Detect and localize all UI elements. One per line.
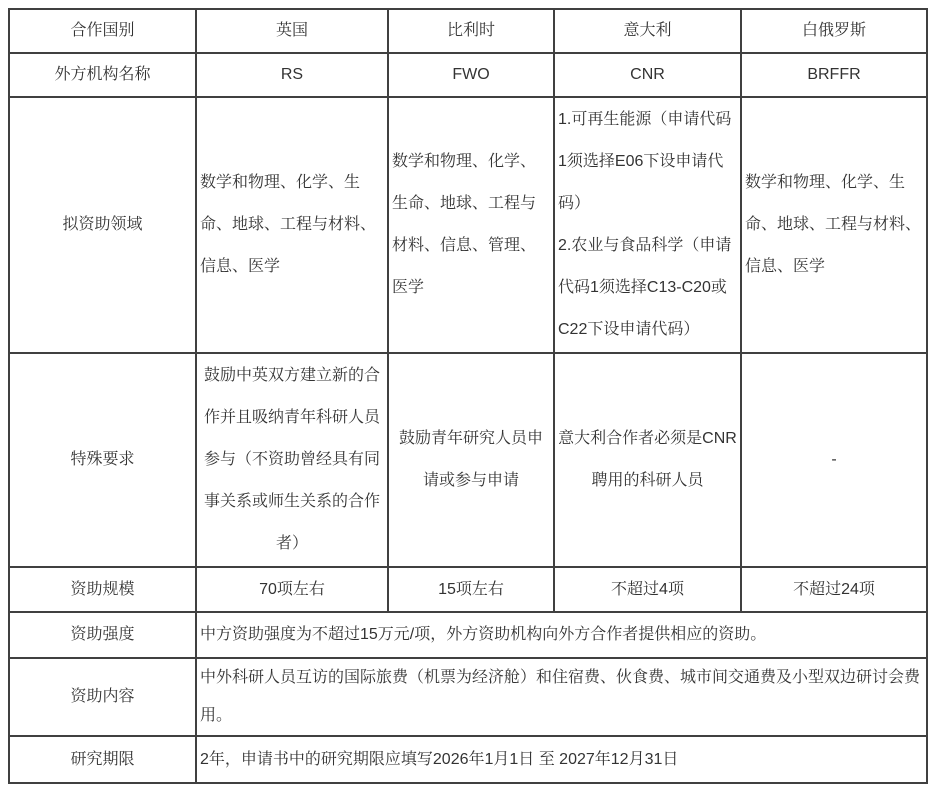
cell-special-italy: 意大利合作者必须是CNR聘用的科研人员 [554, 353, 741, 567]
cell-scale-belgium: 15项左右 [388, 567, 554, 612]
row-label-funding-content: 资助内容 [9, 658, 196, 736]
cell-country-italy: 意大利 [554, 9, 741, 53]
cell-scale-belarus: 不超过24项 [741, 567, 927, 612]
cell-funding-content: 中外科研人员互访的国际旅费（机票为经济舱）和住宿费、伙食费、城市间交通费及小型双… [196, 658, 927, 736]
cell-funding-intensity: 中方资助强度为不超过15万元/项，外方资助机构向外方合作者提供相应的资助。 [196, 612, 927, 658]
row-agency: 外方机构名称 RS FWO CNR BRFFR [9, 53, 927, 97]
row-label-agency: 外方机构名称 [9, 53, 196, 97]
cell-country-uk: 英国 [196, 9, 388, 53]
cell-agency-belarus: BRFFR [741, 53, 927, 97]
row-label-funding-scale: 资助规模 [9, 567, 196, 612]
cell-fields-uk: 数学和物理、化学、生命、地球、工程与材料、信息、医学 [196, 97, 388, 353]
fields-italy-item-1: 1.可再生能源（申请代码1须选择E06下设申请代码） [558, 99, 737, 225]
cell-scale-italy: 不超过4项 [554, 567, 741, 612]
cell-country-belarus: 白俄罗斯 [741, 9, 927, 53]
row-funding-fields: 拟资助领域 数学和物理、化学、生命、地球、工程与材料、信息、医学 数学和物理、化… [9, 97, 927, 353]
row-label-research-period: 研究期限 [9, 736, 196, 783]
row-label-country: 合作国别 [9, 9, 196, 53]
cell-agency-italy: CNR [554, 53, 741, 97]
cell-special-belarus: - [741, 353, 927, 567]
cell-fields-italy: 1.可再生能源（申请代码1须选择E06下设申请代码） 2.农业与食品科学（申请代… [554, 97, 741, 353]
cooperation-funding-table: 合作国别 英国 比利时 意大利 白俄罗斯 外方机构名称 RS FWO CNR B… [8, 8, 928, 784]
row-research-period: 研究期限 2年，申请书中的研究期限应填写2026年1月1日 至 2027年12月… [9, 736, 927, 783]
row-funding-intensity: 资助强度 中方资助强度为不超过15万元/项，外方资助机构向外方合作者提供相应的资… [9, 612, 927, 658]
row-label-funding-intensity: 资助强度 [9, 612, 196, 658]
cell-research-period: 2年，申请书中的研究期限应填写2026年1月1日 至 2027年12月31日 [196, 736, 927, 783]
cell-country-belgium: 比利时 [388, 9, 554, 53]
row-special-requirements: 特殊要求 鼓励中英双方建立新的合作并且吸纳青年科研人员参与（不资助曾经具有同事关… [9, 353, 927, 567]
fields-italy-item-2: 2.农业与食品科学（申请代码1须选择C13-C20或C22下设申请代码） [558, 225, 737, 351]
row-country: 合作国别 英国 比利时 意大利 白俄罗斯 [9, 9, 927, 53]
cell-agency-uk: RS [196, 53, 388, 97]
cell-scale-uk: 70项左右 [196, 567, 388, 612]
cell-fields-belarus: 数学和物理、化学、生命、地球、工程与材料、信息、医学 [741, 97, 927, 353]
cell-special-uk: 鼓励中英双方建立新的合作并且吸纳青年科研人员参与（不资助曾经具有同事关系或师生关… [196, 353, 388, 567]
cell-special-belgium: 鼓励青年研究人员申请或参与申请 [388, 353, 554, 567]
row-funding-content: 资助内容 中外科研人员互访的国际旅费（机票为经济舱）和住宿费、伙食费、城市间交通… [9, 658, 927, 736]
row-label-special-requirements: 特殊要求 [9, 353, 196, 567]
row-funding-scale: 资助规模 70项左右 15项左右 不超过4项 不超过24项 [9, 567, 927, 612]
cell-agency-belgium: FWO [388, 53, 554, 97]
document-page: 合作国别 英国 比利时 意大利 白俄罗斯 外方机构名称 RS FWO CNR B… [0, 0, 934, 795]
cell-fields-belgium: 数学和物理、化学、生命、地球、工程与材料、信息、管理、医学 [388, 97, 554, 353]
row-label-funding-fields: 拟资助领域 [9, 97, 196, 353]
